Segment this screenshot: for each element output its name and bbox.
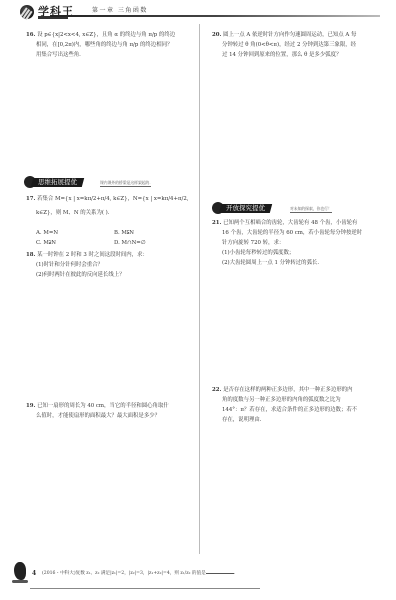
header-rule — [50, 15, 380, 17]
dolphin-icon — [12, 562, 28, 584]
footer-trailing: . — [234, 571, 235, 576]
question-number: 22. — [212, 387, 221, 393]
question-text: 设 p∈{x|2<x<4, x∈Z}，且角 α 的终边与角 π/p 的终边 — [37, 32, 175, 38]
banner-note: 对未知的探索，你也行！ — [290, 206, 332, 213]
chapter-title: 第一章 三角函数 — [92, 5, 148, 14]
question-text: 144°：π？若存在，求适合条件的正多边形的边数；若不 — [212, 405, 388, 415]
question-text: 已知一扇形的周长为 40 cm，当它的半径和圆心角取什 — [37, 403, 169, 409]
question-number: 17. — [26, 196, 35, 202]
question-text: 角的度数与另一种正多边形的内角的弧度数之比为 — [212, 395, 388, 405]
banner-title: 开放探究提优 — [219, 204, 272, 213]
logo-emblem-icon — [20, 5, 34, 19]
question-text: 若集合 M={x | x=kπ/2+π/4, k∈Z}，N={x | x=kπ/… — [37, 196, 188, 202]
question-number: 20. — [212, 32, 221, 38]
question-text: 分钟转过 θ 角(0<θ<π)，经过 2 分钟到达第三象限，经 — [212, 40, 388, 50]
banner-title: 思维拓展提优 — [31, 178, 84, 187]
question-text: 过 14 分钟回到原来的位置，那么 θ 是多少弧度？ — [212, 50, 388, 60]
question-21: 21. 已知两个互相啮合的齿轮，大齿轮有 48 个齿，小齿轮有 16 个齿，大齿… — [212, 218, 388, 268]
question-subpart: (2)大齿轮圆周上一点 1 分钟转过的弧长. — [212, 258, 388, 268]
question-text: 相同，在[0,2π)内，哪些角的终边与角 π/p 的终边相同？ — [26, 40, 196, 50]
question-subpart: (1)时针和分针何时会重合？ — [26, 260, 198, 270]
question-20: 20. 圆上一点 A 依逆时针方向作匀速圆周运动，已知点 A 每 分钟转过 θ … — [212, 30, 388, 60]
column-divider — [199, 24, 200, 554]
publisher-logo: 学科王 — [20, 4, 80, 22]
option-b: B. M⫋N — [114, 228, 134, 238]
question-text: 某一时钟在 2 时和 3 时之间这段时间内，求： — [37, 252, 148, 258]
option-d: D. M∩N=∅ — [114, 238, 146, 248]
section-banner-thinking: 思维拓展提优 课内课外的桥梁是这样架起的. — [24, 176, 199, 188]
question-text: 存在，说明理由. — [212, 415, 388, 425]
option-a: A. M=N — [36, 228, 58, 238]
question-16: 16. 设 p∈{x|2<x<4, x∈Z}，且角 α 的终边与角 π/p 的终… — [26, 30, 196, 60]
question-text: 是否存在这样的两种正多边形，其中一种正多边形的内 — [223, 387, 352, 393]
question-number: 19. — [26, 403, 35, 409]
question-text: 么值时，才能使扇形的面积最大？最大面积是多少？ — [26, 411, 198, 421]
question-text: 已知两个互相啮合的齿轮，大齿轮有 48 个齿，小齿轮有 — [223, 220, 357, 226]
question-subpart: (1)小齿轮每秒转过的弧度数； — [212, 248, 388, 258]
page-number: 4 — [32, 570, 36, 577]
question-17-options: A. M=N B. M⫋N C. M⫌N D. M∩N=∅ — [36, 228, 196, 250]
question-text: 16 个齿，大齿轮的半径为 60 cm，若小齿轮每分钟按逆时 — [212, 228, 388, 238]
question-text: 圆上一点 A 依逆时针方向作匀速圆周运动，已知点 A 每 — [223, 32, 356, 38]
footer-rule — [30, 588, 260, 589]
question-18: 18. 某一时钟在 2 时和 3 时之间这段时间内，求： (1)时针和分针何时会… — [26, 250, 198, 280]
banner-note: 课内课外的桥梁是这样架起的. — [100, 180, 151, 187]
question-number: 16. — [26, 32, 35, 38]
question-17: 17. 若集合 M={x | x=kπ/2+π/4, k∈Z}，N={x | x… — [26, 194, 198, 218]
question-subpart: (2)何时两针在彼此的反向延长线上？ — [26, 270, 198, 280]
footer-question-text: (2016・中科大)复数 z₁、z₂ 满足|z₁|=2，|z₂|=3，|z₁+z… — [42, 571, 206, 576]
question-text: k∈Z}，则 M、N 的关系为( ). — [26, 208, 198, 218]
question-text: 针方向旋转 720 转，求： — [212, 238, 388, 248]
answer-blank — [206, 573, 234, 574]
question-19: 19. 已知一扇形的周长为 40 cm，当它的半径和圆心角取什 么值时，才能使扇… — [26, 401, 198, 421]
question-22: 22. 是否存在这样的两种正多边形，其中一种正多边形的内 角的度数与另一种正多边… — [212, 385, 388, 425]
option-c: C. M⫌N — [36, 238, 56, 248]
question-number: 21. — [212, 220, 221, 226]
section-banner-explore: 开放探究提优 对未知的探索，你也行！ — [212, 202, 388, 214]
footer-question: (2016・中科大)复数 z₁、z₂ 满足|z₁|=2，|z₂|=3，|z₁+z… — [42, 570, 235, 576]
question-number: 18. — [26, 252, 35, 258]
question-text: 用集合写出这些角. — [26, 50, 196, 60]
